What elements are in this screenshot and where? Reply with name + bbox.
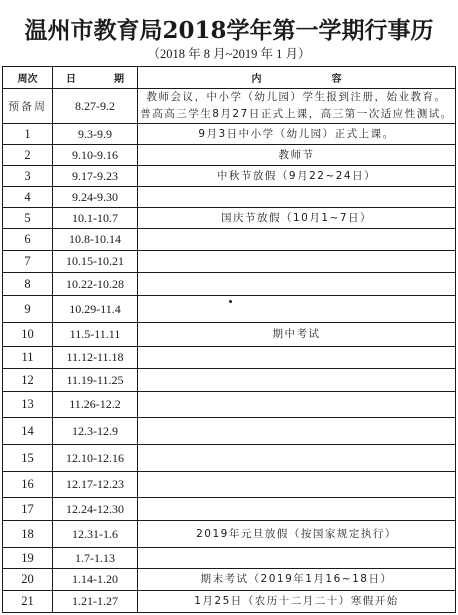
header-date-b: 期 — [114, 74, 124, 85]
week-cell: 11 — [3, 347, 53, 369]
table-row: 1211.19-11.25 — [3, 369, 456, 392]
date-cell: 1.21-1.27 — [53, 591, 138, 613]
table-row: 1111.12-11.18 — [3, 347, 456, 369]
date-cell: 12.17-12.23 — [53, 472, 138, 498]
content-cell: 期末考试（2019年1月16~18日） — [138, 569, 456, 591]
week-cell: 14 — [3, 418, 53, 445]
date-cell: 9.17-9.23 — [53, 166, 138, 187]
header-date: 日期 — [53, 67, 138, 89]
document-subtitle: （2018 年 8 月~2019 年 1 月） — [0, 44, 458, 62]
table-row: 1311.26-12.2 — [3, 392, 456, 418]
content-cell: 中秋节放假（9月22~24日） — [138, 166, 456, 187]
content-cell — [138, 369, 456, 392]
date-cell: 8.27-9.2 — [53, 89, 138, 124]
content-cell — [138, 273, 456, 296]
content-cell — [138, 548, 456, 569]
content-cell: 2019年元旦放假（按国家规定执行） — [138, 521, 456, 548]
table-row: 710.15-10.21 — [3, 251, 456, 273]
date-cell: 11.19-11.25 — [53, 369, 138, 392]
content-cell: 9月3日中小学（幼儿园）正式上课。 — [138, 124, 456, 145]
date-cell: 12.10-12.16 — [53, 445, 138, 472]
week-cell: 3 — [3, 166, 53, 187]
content-cell — [138, 498, 456, 521]
header-content: 内容 — [138, 67, 456, 89]
table-row: 1412.3-12.9 — [3, 418, 456, 445]
table-row: 19.3-9.99月3日中小学（幼儿园）正式上课。 — [3, 124, 456, 145]
date-cell: 10.1-10.7 — [53, 208, 138, 229]
date-cell: 1.7-1.13 — [53, 548, 138, 569]
week-cell: 预备周 — [3, 89, 53, 124]
date-cell: 11.26-12.2 — [53, 392, 138, 418]
content-cell: 国庆节放假（10月1~7日） — [138, 208, 456, 229]
table-row: 1512.10-12.16 — [3, 445, 456, 472]
week-cell: 13 — [3, 392, 53, 418]
content-cell — [138, 229, 456, 251]
table-row: 810.22-10.28 — [3, 273, 456, 296]
date-cell: 9.3-9.9 — [53, 124, 138, 145]
content-cell: 教师会议，中小学（幼儿园）学生报到注册，始业教育。普高高三学生8月27日正式上课… — [138, 89, 456, 124]
table-row: 预备周 8.27-9.2 教师会议，中小学（幼儿园）学生报到注册，始业教育。普高… — [3, 89, 456, 124]
table-row: 211.21-1.271月25日（农历十二月二十）寒假开始 — [3, 591, 456, 613]
date-cell: 9.10-9.16 — [53, 145, 138, 166]
content-cell: 1月25日（农历十二月二十）寒假开始 — [138, 591, 456, 613]
table-row: 49.24-9.30 — [3, 187, 456, 208]
table-row: 610.8-10.14 — [3, 229, 456, 251]
date-cell: 11.12-11.18 — [53, 347, 138, 369]
table-row: 1612.17-12.23 — [3, 472, 456, 498]
content-cell — [138, 187, 456, 208]
week-cell: 20 — [3, 569, 53, 591]
date-cell: 10.8-10.14 — [53, 229, 138, 251]
document-title: 温州市教育局2018学年第一学期行事历 — [0, 12, 458, 45]
content-line: 普高高三学生8月27日正式上课，高三第一次适应性测试。 — [138, 106, 455, 123]
table-row: 1712.24-12.30 — [3, 498, 456, 521]
table-row: 1011.5-11.11期中考试 — [3, 323, 456, 347]
date-cell: 10.15-10.21 — [53, 251, 138, 273]
content-cell — [138, 296, 456, 323]
content-line: 教师会议，中小学（幼儿园）学生报到注册，始业教育。 — [138, 89, 455, 106]
week-cell: 16 — [3, 472, 53, 498]
week-cell: 19 — [3, 548, 53, 569]
date-cell: 12.24-12.30 — [53, 498, 138, 521]
table-row: 29.10-9.16教师节 — [3, 145, 456, 166]
week-cell: 8 — [3, 273, 53, 296]
table-row: 191.7-1.13 — [3, 548, 456, 569]
header-content-b: 容 — [332, 74, 342, 85]
week-cell: 9 — [3, 296, 53, 323]
date-cell: 1.14-1.20 — [53, 569, 138, 591]
week-cell: 4 — [3, 187, 53, 208]
table-row: 510.1-10.7国庆节放假（10月1~7日） — [3, 208, 456, 229]
week-cell: 21 — [3, 591, 53, 613]
content-cell: 期中考试 — [138, 323, 456, 347]
date-cell: 11.5-11.11 — [53, 323, 138, 347]
date-cell: 12.3-12.9 — [53, 418, 138, 445]
header-content-a: 内 — [252, 74, 262, 85]
week-cell: 15 — [3, 445, 53, 472]
week-cell: 5 — [3, 208, 53, 229]
week-cell: 10 — [3, 323, 53, 347]
content-cell: 教师节 — [138, 145, 456, 166]
date-cell: 9.24-9.30 — [53, 187, 138, 208]
header-date-a: 日 — [66, 74, 76, 85]
week-cell: 2 — [3, 145, 53, 166]
week-cell: 12 — [3, 369, 53, 392]
header-week: 周次 — [3, 67, 53, 89]
table-header-row: 周次 日期 内容 — [3, 67, 456, 89]
stray-dot-mark — [229, 300, 232, 303]
table-row: 201.14-1.20期末考试（2019年1月16~18日） — [3, 569, 456, 591]
week-cell: 18 — [3, 521, 53, 548]
date-cell: 10.29-11.4 — [53, 296, 138, 323]
content-cell — [138, 392, 456, 418]
content-cell — [138, 251, 456, 273]
table-row: 1812.31-1.62019年元旦放假（按国家规定执行） — [3, 521, 456, 548]
week-cell: 7 — [3, 251, 53, 273]
calendar-table: 周次 日期 内容 预备周 8.27-9.2 教师会议，中小学（幼儿园）学生报到注… — [2, 66, 456, 613]
content-cell — [138, 347, 456, 369]
date-cell: 12.31-1.6 — [53, 521, 138, 548]
week-cell: 6 — [3, 229, 53, 251]
content-cell — [138, 445, 456, 472]
week-cell: 1 — [3, 124, 53, 145]
content-cell — [138, 472, 456, 498]
date-cell: 10.22-10.28 — [53, 273, 138, 296]
table-row: 39.17-9.23中秋节放假（9月22~24日） — [3, 166, 456, 187]
week-cell: 17 — [3, 498, 53, 521]
content-cell — [138, 418, 456, 445]
